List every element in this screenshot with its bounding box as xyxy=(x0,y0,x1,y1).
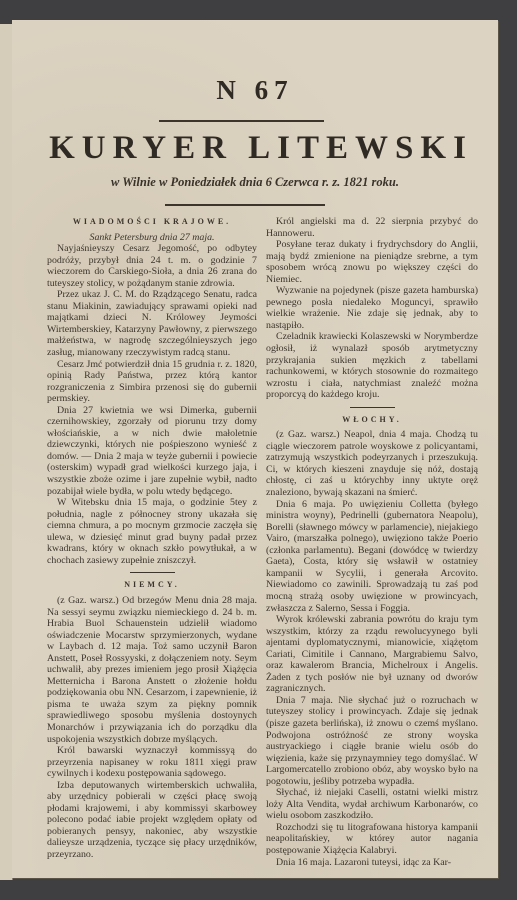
section-dateline: Sankt Petersburg dnia 27 maja. xyxy=(47,232,257,244)
article-paragraph: W Witebsku dnia 15 maja, o godzinie 5tey… xyxy=(47,497,257,566)
article-paragraph: (z Gaz. warsz.) Neapol, dnia 4 maja. Cho… xyxy=(266,429,478,498)
header-rule-bottom xyxy=(165,204,325,206)
article-paragraph: (z Gaz. warsz.) Od brzegów Menu dnia 28 … xyxy=(47,595,257,745)
article-paragraph: Dnia 16 maja. Lazaroni tuteysi, idąc za … xyxy=(266,857,478,869)
masthead-title: KURYER LITEWSKI xyxy=(12,130,504,167)
section-divider xyxy=(350,407,395,408)
article-paragraph: Czeladnik krawiecki Kolaszewski w Norymb… xyxy=(266,331,478,400)
article-paragraph: Słychać, iż niejaki Caselli, ostatni wie… xyxy=(266,787,478,822)
article-paragraph: Wyrok królewski zabrania powrótu do kraj… xyxy=(266,614,478,695)
right-column: Król angielski ma d. 22 sierpnia przybyć… xyxy=(266,216,478,868)
section-heading-domestic-news: WIADOMOŚCI KRAJOWE. xyxy=(47,216,257,228)
issue-number: N 67 xyxy=(12,75,498,106)
article-paragraph: Przez ukaz J. C. M. do Rządzącego Senatu… xyxy=(47,289,257,358)
article-paragraph: Izba deputowanych wirtemberskich uchwali… xyxy=(47,780,257,861)
article-paragraph: Król angielski ma d. 22 sierpnia przybyć… xyxy=(266,216,478,239)
article-paragraph: Wyzwanie na pojedynek (pisze gazeta hamb… xyxy=(266,285,478,331)
article-paragraph: Dnia 7 maja. Nie słychać już o rozruchac… xyxy=(266,695,478,787)
article-paragraph: Nayjaśnieyszy Cesarz Jegomość, po odbyte… xyxy=(47,243,257,289)
document-viewer: N 67 KURYER LITEWSKI w Wilnie w Poniedzi… xyxy=(0,0,517,900)
section-divider xyxy=(130,572,175,573)
issue-dateline: w Wilnie w Poniedziałek dnia 6 Czerwca r… xyxy=(12,175,498,190)
newspaper-page: N 67 KURYER LITEWSKI w Wilnie w Poniedzi… xyxy=(12,20,498,878)
article-paragraph: Dnia 6 maja. Po uwięzieniu Colletta (był… xyxy=(266,499,478,614)
section-heading-italy: WŁOCHY. xyxy=(266,414,478,426)
header-rule-top xyxy=(159,120,324,122)
section-heading-germany: NIEMCY. xyxy=(47,579,257,591)
article-paragraph: Rozchodzi się tu litografowana historya … xyxy=(266,822,478,857)
article-paragraph: Dnia 27 kwietnia we wsi Dimerka, guberni… xyxy=(47,405,257,497)
article-paragraph: Cesarz Jmć potwierdził dnia 15 grudnia r… xyxy=(47,359,257,405)
left-column: WIADOMOŚCI KRAJOWE. Sankt Petersburg dni… xyxy=(47,216,257,861)
article-paragraph: Posyłane teraz dukaty i frydrychsdory do… xyxy=(266,239,478,285)
article-paragraph: Król bawarski wyznaczył kommissyą do prz… xyxy=(47,745,257,780)
